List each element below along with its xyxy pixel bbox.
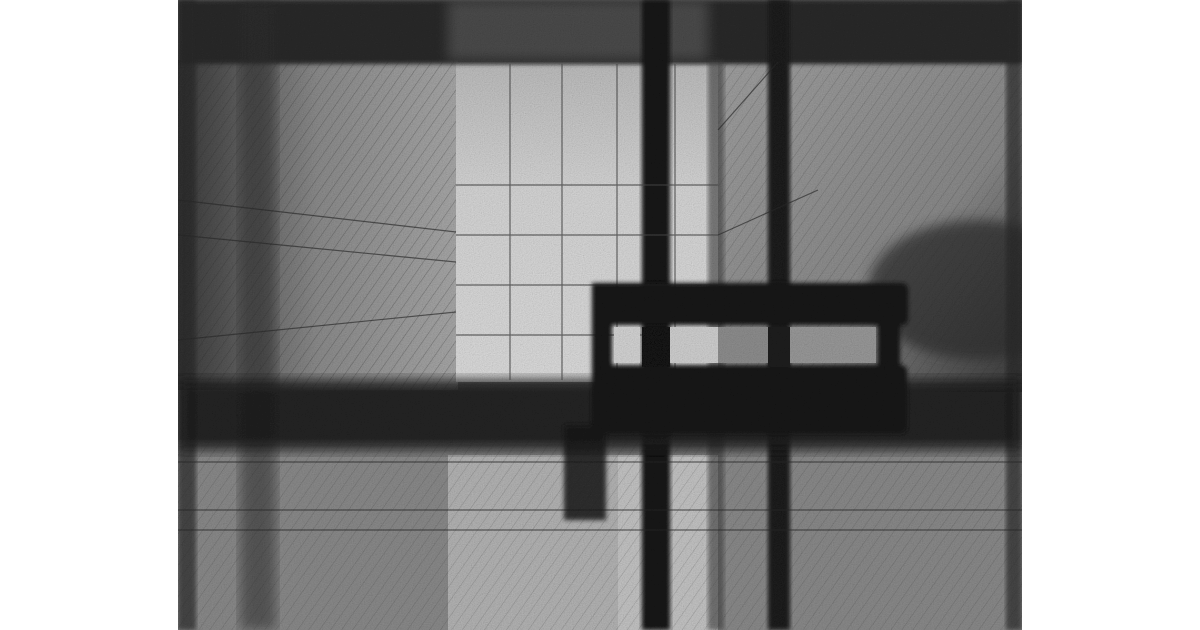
bench-right-arm [878,283,900,373]
bench-seat [592,365,907,433]
bench-backrest [592,283,908,325]
etching-canvas [178,0,1022,630]
left-vertical-band [240,0,276,630]
etching-artwork: Monochrome etching of a dark bench silho… [178,0,1022,630]
bench-front-leg [564,425,606,520]
